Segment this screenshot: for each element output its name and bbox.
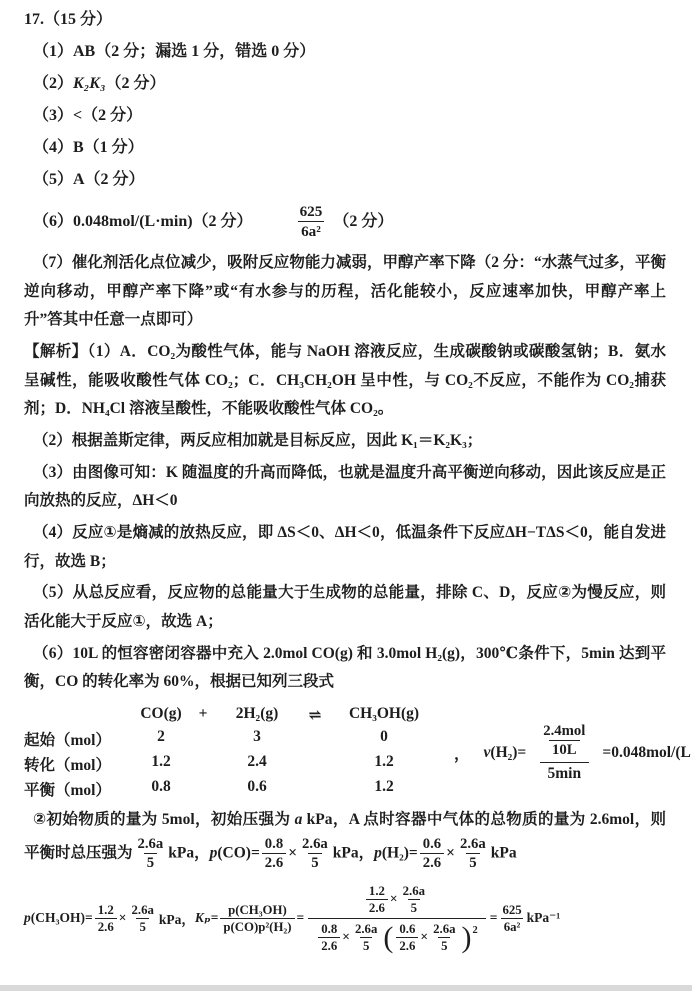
variable-p: p (374, 844, 382, 861)
fraction-numerator: 625 (297, 202, 326, 221)
page-bottom-bar (0, 985, 692, 991)
table-species-co: CO(g) (132, 705, 190, 725)
table-cell-empty (190, 778, 216, 800)
fraction-denominator: 2.6 (420, 853, 444, 872)
answer-6: （6）0.048mol/(L·min)（2 分） 6256a² （2 分） (24, 202, 666, 241)
ice-table: CO(g) + 2H₂(g) ⇌ CH₃OH(g) 起始（mol） 2 3 0 … (24, 705, 436, 800)
result-unit: kPa⁻¹ (527, 910, 561, 926)
table-row-label: 平衡（mol） (24, 778, 132, 800)
fraction-denominator: 2.6 (366, 899, 388, 916)
equilibrium-arrow-icon: ⇌ (298, 705, 332, 725)
table-cell: 1.2 (332, 778, 436, 800)
fraction-numerator: 2.4mol (540, 722, 588, 740)
kp-lhs: Kₚ= (195, 910, 218, 926)
table-species-ch3oh: CH₃OH(g) (332, 705, 436, 725)
fraction-625-over-6a2: 6256a² (499, 902, 524, 935)
answer-1: （1）AB（2 分；漏选 1 分，错选 0 分） (24, 42, 666, 62)
fraction-numerator: 2.6a (352, 921, 380, 937)
fraction-numerator: 2.6a (430, 921, 458, 937)
pch3oh-lhs: (CH₃OH)= (31, 910, 93, 926)
fraction-12-over-26: 1.22.6 (95, 902, 117, 935)
fraction-denominator: 5 (408, 899, 420, 916)
left-paren: ( (383, 924, 393, 951)
fraction-denominator: 2.6 (95, 918, 117, 935)
fraction-numerator: 625 (499, 902, 524, 918)
table-species-h2: 2H₂(g) (216, 705, 298, 725)
rate-variable: v (484, 744, 491, 762)
nested-fraction: 2.4mol10L 5min (530, 720, 598, 785)
analysis-p4: （4）反应①是熵减的放热反应，即 ΔS＜0、ΔH＜0，低温条件下反应ΔH−TΔS… (24, 519, 666, 576)
unit-kpa: kPa， (333, 844, 374, 861)
table-corner (24, 705, 132, 725)
kp-value-numerator: 1.22.6 × 2.6a5 (356, 881, 438, 918)
fraction-denominator: 10L (549, 740, 580, 759)
text-run: ②初始物质的量为 5mol，初始压强为 (33, 811, 295, 828)
table-cell: 0.8 (132, 778, 190, 800)
table-cell: 0.6 (216, 778, 298, 800)
answer-sheet: 17.（15 分） （1）AB（2 分；漏选 1 分，错选 0 分） （2）K₂… (0, 0, 692, 956)
fraction-26a-over-5: 2.6a5 (128, 902, 156, 935)
table-row-label: 转化（mol） (24, 753, 132, 775)
fraction-26a-over-5: 2.6a5 (352, 921, 380, 954)
fraction-denominator: p(CO)p²(H₂) (220, 918, 294, 935)
fraction-06-over-26: 0.62.6 (420, 835, 444, 873)
table-cell-empty (298, 753, 332, 775)
analysis-p2: （2）根据盖斯定律，两反应相加就是目标反应，因此 K₁＝K₂K₃； (24, 427, 666, 456)
answer-2-score: （2 分） (106, 75, 166, 92)
exponent-2: 2 (473, 925, 478, 938)
right-paren: ) (462, 924, 472, 951)
table-cell-empty (298, 728, 332, 750)
fraction-numerator: 1.2 (366, 883, 388, 899)
answer-3: （3）<（2 分） (24, 106, 666, 126)
fraction-numerator: 0.6 (396, 921, 418, 937)
fraction-denominator: 5 (438, 937, 450, 954)
fraction-numerator: 2.6a (400, 883, 428, 899)
fraction-26a-over-5: 2.6a5 (299, 835, 331, 873)
table-cell: 1.2 (132, 753, 190, 775)
fraction-denominator: 5 (136, 918, 148, 935)
rate-result: =0.048mol/(L·min) (602, 744, 692, 762)
analysis-p1: 【解析】（1）A．CO₂为酸性气体，能与 NaOH 溶液反应，生成碳酸钠或碳酸氢… (24, 338, 666, 424)
answer-6-text: （6）0.048mol/(L·min)（2 分） (33, 212, 253, 232)
rate-equation: ， v (H₂)= 2.4mol10L 5min =0.048mol/(L·mi… (454, 720, 692, 785)
ph2-lhs: (H₂)= (382, 844, 418, 861)
analysis-p3: （3）由图像可知：K 随温度的升高而降低，也就是温度升高平衡逆向移动，因此该反应… (24, 459, 666, 516)
fraction-26a-over-5: 2.6a5 (457, 835, 489, 873)
fraction-denominator: 2.6 (262, 853, 286, 872)
para-initial-pressure: ②初始物质的量为 5mol，初始压强为 a kPa，A 点时容器中气体的总物质的… (24, 806, 666, 872)
fraction-06-over-26: 0.62.6 (396, 921, 418, 954)
nested-fraction-numerator: 2.4mol10L (530, 720, 598, 762)
table-cell-empty (190, 753, 216, 775)
times-sign: × (390, 891, 398, 907)
equals-sign: = (297, 910, 305, 926)
table-cell: 1.2 (332, 753, 436, 775)
table-row-label: 起始（mol） (24, 728, 132, 750)
times-sign: × (420, 929, 428, 945)
analysis-p5: （5）从总反应看，反应物的总能量大于生成物的总能量，排除 C、D，反应②为慢反应… (24, 579, 666, 636)
times-sign: × (119, 910, 127, 926)
answer-4: （4）B（1 分） (24, 138, 666, 158)
kp-definition-fraction: p(CH₃OH)p(CO)p²(H₂) (220, 902, 294, 935)
three-stage-block: CO(g) + 2H₂(g) ⇌ CH₃OH(g) 起始（mol） 2 3 0 … (24, 705, 666, 800)
fraction-denominator: 5 (308, 853, 321, 872)
times-sign: × (446, 844, 455, 861)
nested-fraction-denominator: 5min (540, 762, 590, 786)
rate-lhs: (H₂)= (490, 744, 526, 762)
fraction-625-over-6a2: 6256a² (297, 202, 326, 241)
unit-kpa: kPa， (159, 908, 195, 928)
kp-value-fraction: 1.22.6 × 2.6a5 0.82.6 × 2.6a5 ( 0.62.6 ×… (308, 881, 486, 956)
unit-kpa: kPa， (168, 844, 209, 861)
equals-sign: = (490, 910, 498, 926)
answer-2: （2）K₂K₃（2 分） (24, 74, 666, 94)
fraction-12-over-26: 1.22.6 (366, 883, 388, 916)
separator-comma: ， (454, 742, 470, 764)
fraction-numerator: 2.6a (135, 835, 167, 853)
fraction-numerator: 0.8 (318, 921, 340, 937)
fraction-26a-over-5: 2.6a5 (135, 835, 167, 873)
unit-kpa: kPa (491, 844, 517, 861)
fraction-26a-over-5: 2.6a5 (430, 921, 458, 954)
kp-equation: p (CH₃OH)= 1.22.6 × 2.6a5 kPa， Kₚ= p(CH₃… (24, 881, 666, 956)
fraction-08-over-26: 0.82.6 (262, 835, 286, 873)
fraction-denominator: 5 (360, 937, 372, 954)
fraction-denominator: 6a² (501, 918, 524, 935)
table-cell-empty (298, 778, 332, 800)
answer-7: （7）催化剂活化点位减少，吸附反应物能力减弱，甲醇产率下降（2 分：“水蒸气过多… (24, 249, 666, 335)
fraction-denominator: 6a² (298, 221, 324, 241)
variable-p: p (24, 910, 31, 926)
table-cell: 2 (132, 728, 190, 750)
fraction-24mol-over-10l: 2.4mol10L (540, 722, 588, 760)
fraction-numerator: 2.6a (299, 835, 331, 853)
fraction-numerator: 0.6 (420, 835, 444, 853)
fraction-numerator: 2.6a (457, 835, 489, 853)
pco-lhs: (CO)= (217, 844, 259, 861)
table-cell: 2.4 (216, 753, 298, 775)
answer-2-prefix: （2） (33, 75, 73, 92)
fraction-denominator: 2.6 (318, 937, 340, 954)
fraction-numerator: p(CH₃OH) (225, 902, 290, 918)
times-sign: × (342, 929, 350, 945)
fraction-denominator: 2.6 (396, 937, 418, 954)
times-sign: × (288, 844, 297, 861)
answer-6-score: （2 分） (333, 212, 393, 232)
fraction-26a-over-5: 2.6a5 (400, 883, 428, 916)
analysis-p6: （6）10L 的恒容密闭容器中充入 2.0mol CO(g) 和 3.0mol … (24, 640, 666, 697)
fraction-numerator: 2.6a (128, 902, 156, 918)
answer-5: （5）A（2 分） (24, 170, 666, 190)
fraction-numerator: 0.8 (262, 835, 286, 853)
question-number: 17.（15 分） (24, 10, 666, 30)
fraction-08-over-26: 0.82.6 (318, 921, 340, 954)
table-cell: 3 (216, 728, 298, 750)
fraction-numerator: 1.2 (95, 902, 117, 918)
fraction-denominator: 5 (144, 853, 157, 872)
table-cell-empty (190, 728, 216, 750)
plus-sign: + (190, 705, 216, 725)
table-cell: 0 (332, 728, 436, 750)
kp-value-denominator: 0.82.6 × 2.6a5 ( 0.62.6 × 2.6a5 ) 2 (308, 918, 486, 956)
fraction-denominator: 5 (466, 853, 479, 872)
answer-2-math: K₂K₃ (73, 75, 106, 92)
